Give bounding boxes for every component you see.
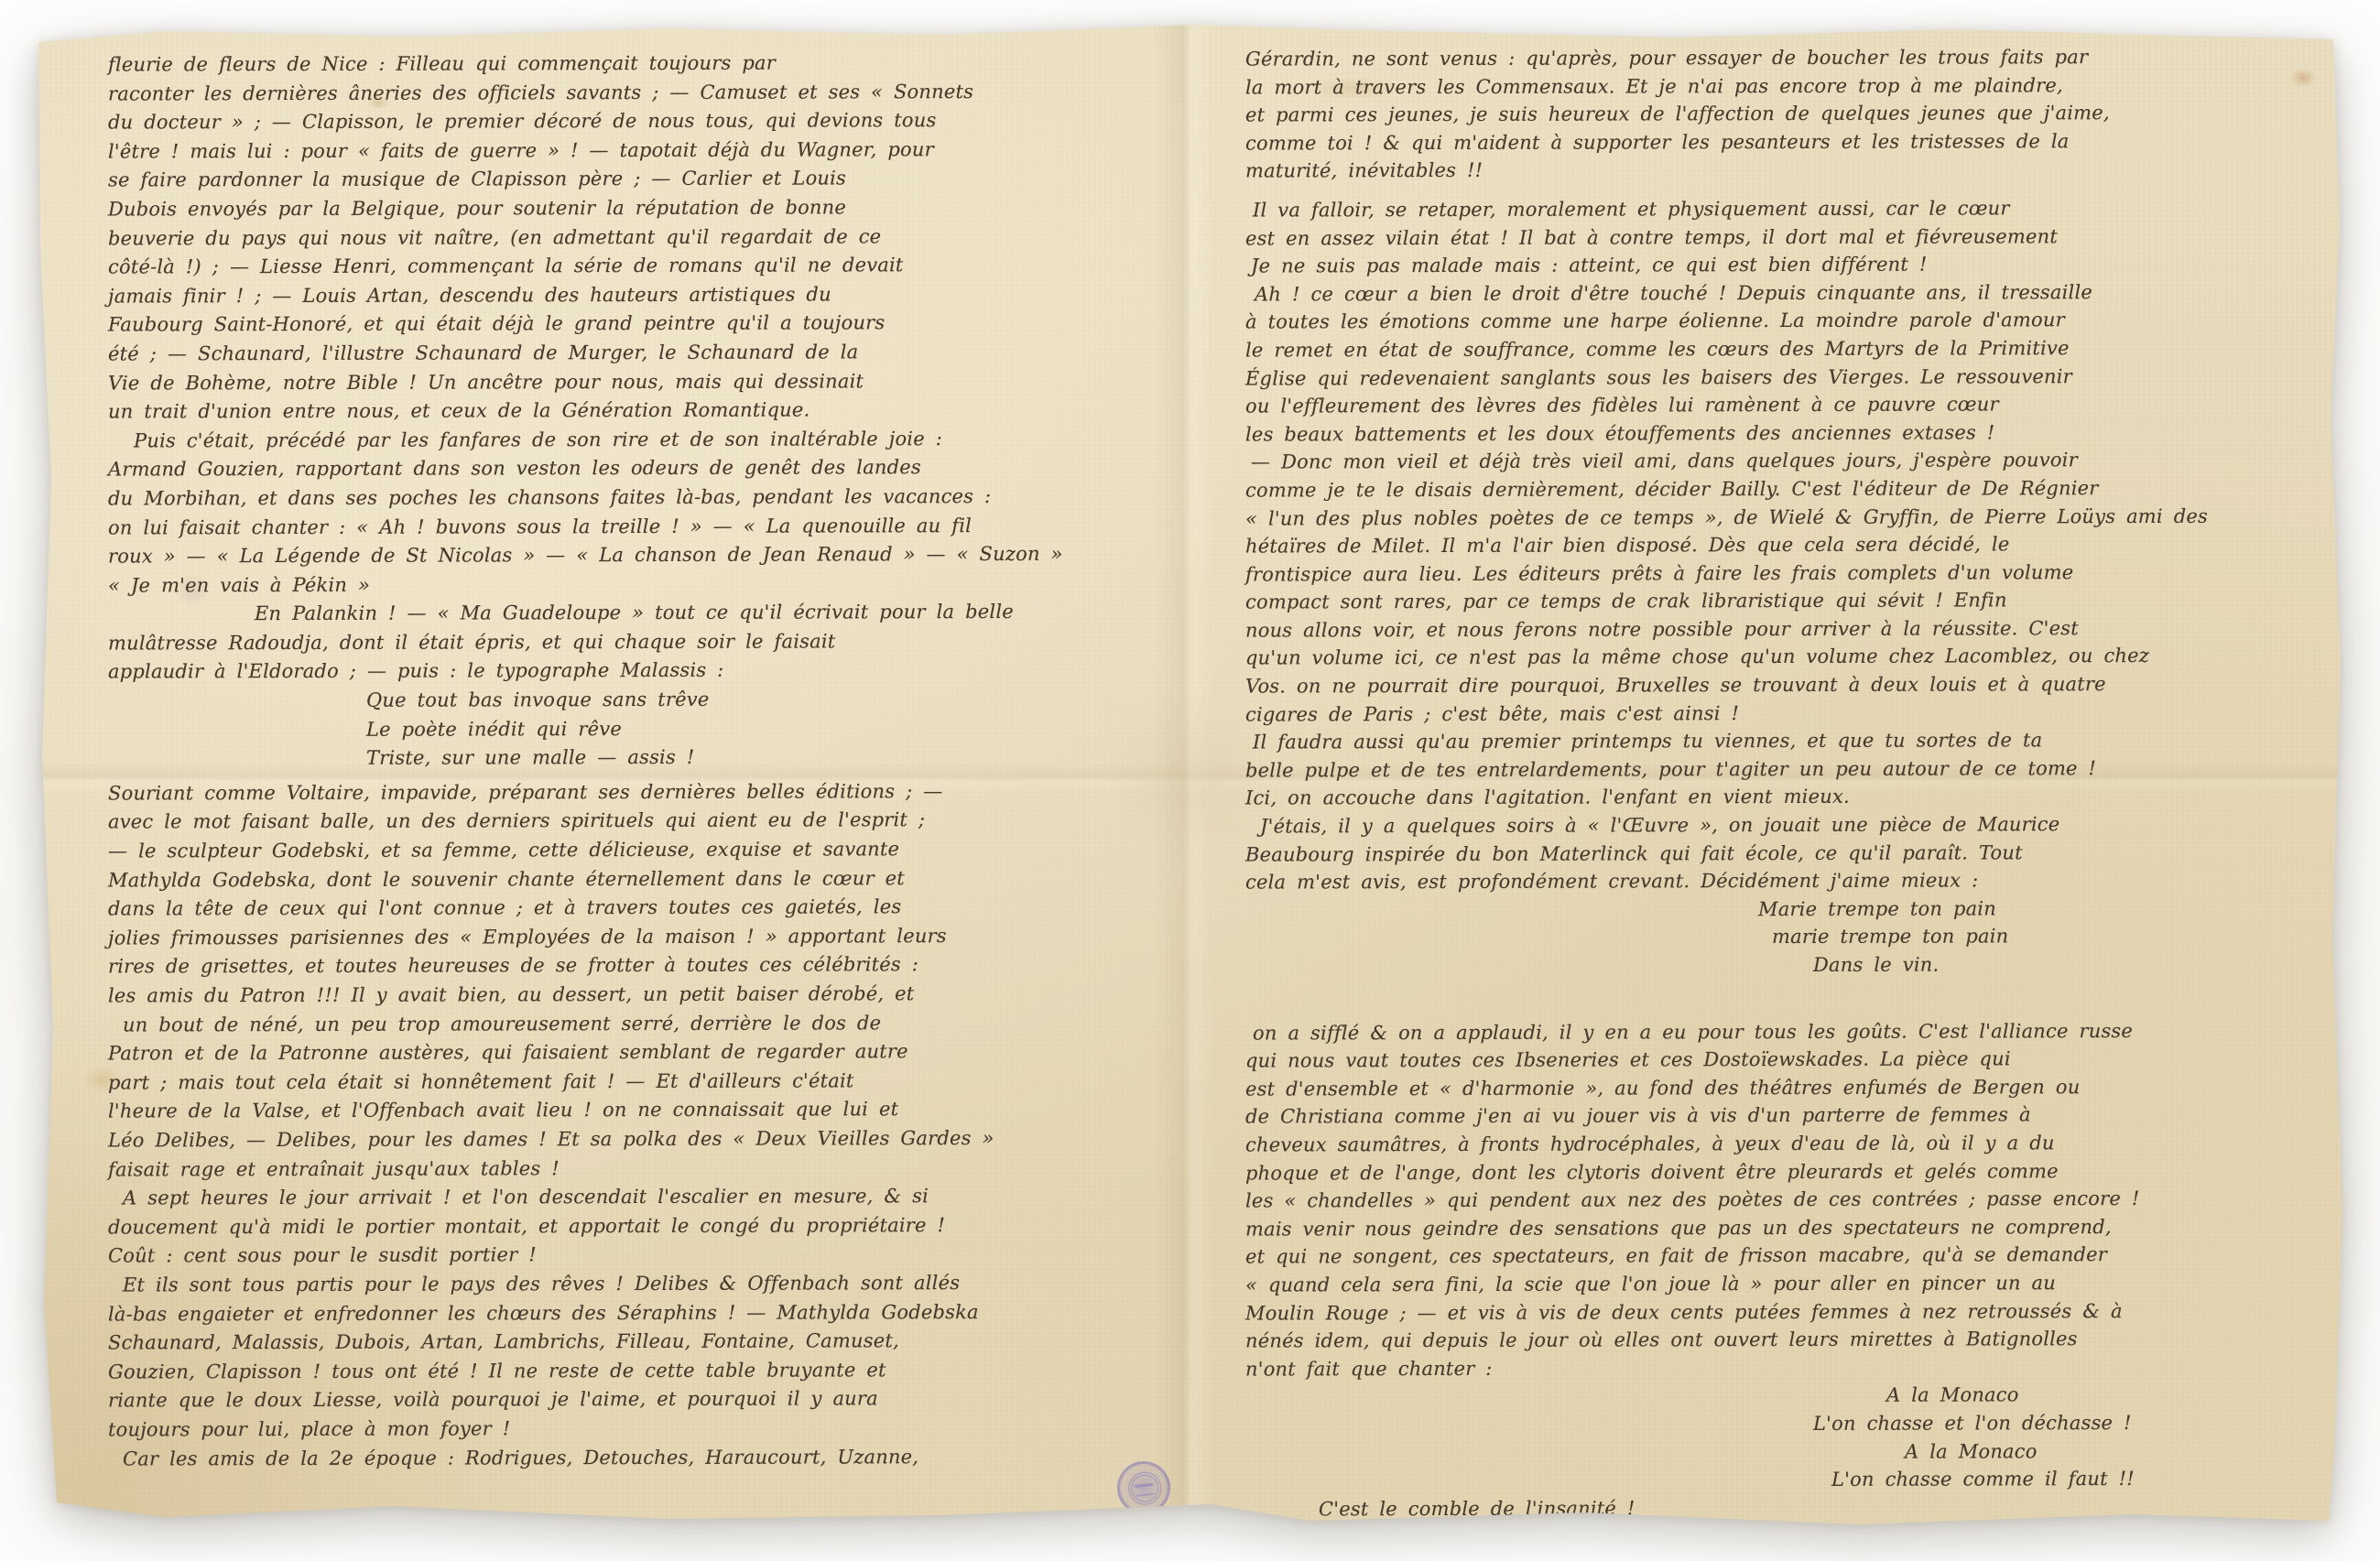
manuscript-line: Moulin Rouge ; — et vis à vis de deux ce…	[1245, 1296, 2335, 1328]
manuscript-line: Le poète inédit qui rêve	[108, 713, 1184, 745]
manuscript-line: fleurie de fleurs de Nice : Filleau qui …	[108, 48, 1184, 80]
manuscript-line: les « chandelles » qui pendent aux nez d…	[1245, 1185, 2335, 1216]
manuscript-line: Léo Delibes, — Delibes, pour les dames !…	[108, 1123, 1184, 1155]
manuscript-line: cheveux saumâtres, à fronts hydrocéphale…	[1245, 1128, 2335, 1159]
manuscript-line: mais venir nous geindre des sensations q…	[1245, 1212, 2335, 1243]
manuscript-line: doucement qu'à midi le portier montait, …	[108, 1210, 1184, 1242]
manuscript-line: Église qui redevenaient sanglants sous l…	[1245, 362, 2335, 393]
manuscript-line: à toutes les émotions comme une harpe éo…	[1245, 306, 2335, 337]
manuscript-line: les beaux battements et les doux étouffe…	[1245, 417, 2335, 449]
manuscript-line: nénés idem, qui depuis le jour où elles …	[1245, 1325, 2335, 1356]
manuscript-line: dans la tête de ceux qui l'ont connue ; …	[108, 893, 1184, 925]
manuscript-line: Patron et de la Patronne austères, qui f…	[108, 1037, 1184, 1069]
manuscript-line: cigares de Paris ; c'est bête, mais c'es…	[1245, 698, 2335, 729]
manuscript-line: « l'un des plus nobles poètes de ce temp…	[1245, 502, 2335, 533]
manuscript-line: se faire pardonner la musique de Clapiss…	[108, 164, 1184, 196]
manuscript-line: comme je te le disais dernièrement, déci…	[1245, 473, 2335, 504]
manuscript-line: Il faudra aussi qu'au premier printemps …	[1245, 726, 2335, 757]
manuscript-line: Gérardin, ne sont venus : qu'après, pour…	[1245, 42, 2335, 73]
manuscript-line: Ici, on accouche dans l'agitation. l'enf…	[1245, 782, 2335, 813]
manuscript-line: l'heure de la Valse, et l'Offenbach avai…	[108, 1095, 1184, 1127]
manuscript-line: été ; — Schaunard, l'illustre Schaunard …	[108, 337, 1184, 369]
manuscript-line: Faubourg Saint-Honoré, et qui était déjà…	[108, 309, 1184, 341]
manuscript-line: on a sifflé & on a applaudi, il y en a e…	[1245, 1016, 2335, 1047]
manuscript-line: faisait rage et entraînait jusqu'aux tab…	[108, 1153, 1184, 1185]
manuscript-line: J'étais, il y a quelques soirs à « l'Œuv…	[1245, 809, 2335, 840]
manuscript-line: Que tout bas invoque sans trêve	[108, 685, 1184, 717]
manuscript-line: est en assez vilain état ! Il bat à cont…	[1245, 222, 2335, 253]
manuscript-line: Mathylda Godebska, dont le souvenir chan…	[108, 863, 1184, 895]
manuscript-line: ou l'effleurement des lèvres des fidèles…	[1245, 390, 2335, 421]
manuscript-line: est d'ensemble et « d'harmonie », au fon…	[1245, 1072, 2335, 1103]
manuscript-line: la mort à travers les Commensaux. Et je …	[1245, 70, 2335, 102]
manuscript-line: côté-là !) ; — Liesse Henri, commençant …	[108, 251, 1184, 283]
manuscript-line: les amis du Patron !!! Il y avait bien, …	[108, 979, 1184, 1011]
manuscript-line: qui nous vaut toutes ces Ibseneries et c…	[1245, 1045, 2335, 1076]
manuscript-line: maturité, inévitables !!	[1245, 155, 2335, 186]
manuscript-line: marie trempe ton pain	[1245, 922, 2335, 953]
manuscript-line: de Christiana comme j'en ai vu jouer vis…	[1245, 1100, 2335, 1132]
manuscript-line: phoque et de l'ange, dont les clytoris d…	[1245, 1156, 2335, 1187]
manuscript-line: Triste, sur une malle — assis !	[108, 743, 1184, 775]
manuscript-line: on lui faisait chanter : « Ah ! buvons s…	[108, 511, 1184, 543]
manuscript-line: comme toi ! & qui m'aident à supporter l…	[1245, 126, 2335, 157]
manuscript-line: Puis c'était, précédé par les fanfares d…	[108, 424, 1184, 456]
manuscript-line: hétaïres de Milet. Il m'a l'air bien dis…	[1245, 530, 2335, 561]
manuscript-line: Coût : cent sous pour le susdit portier …	[108, 1240, 1184, 1272]
manuscript-line: belle pulpe et de tes entrelardements, p…	[1245, 753, 2335, 785]
manuscript-line: un trait d'union entre nous, et ceux de …	[108, 396, 1184, 428]
manuscript-line: roux » — « La Légende de St Nicolas » — …	[108, 540, 1184, 572]
photo-background: fleurie de fleurs de Nice : Filleau qui …	[0, 0, 2380, 1561]
manuscript-line: Il va falloir, se retaper, moralement et…	[1245, 193, 2335, 224]
manuscript-line: toujours pour lui, place à mon foyer !	[108, 1413, 1184, 1445]
manuscript-line: L'on chasse comme il faut !!	[1245, 1465, 2335, 1496]
manuscript-line: Schaunard, Malassis, Dubois, Artan, Lamb…	[108, 1327, 1184, 1359]
manuscript-line: nous allons voir, et nous ferons notre p…	[1245, 613, 2335, 645]
manuscript-line: jolies frimousses parisiennes des « Empl…	[108, 921, 1184, 953]
manuscript-line: Beaubourg inspirée du bon Materlinck qui…	[1245, 838, 2335, 869]
manuscript-line: — Donc mon vieil et déjà très vieil ami,…	[1245, 446, 2335, 477]
manuscript-line: Vie de Bohème, notre Bible ! Un ancêtre …	[108, 366, 1184, 398]
manuscript-line: « quand cela sera fini, la scie que l'on…	[1245, 1268, 2335, 1299]
manuscript-line: Ah ! ce cœur a bien le droit d'être touc…	[1245, 277, 2335, 309]
manuscript-line: Car les amis de la 2e époque : Rodrigues…	[108, 1442, 1184, 1474]
manuscript-line: et qui ne songent, ces spectateurs, en f…	[1245, 1241, 2335, 1272]
manuscript-page-left: fleurie de fleurs de Nice : Filleau qui …	[108, 49, 1184, 1472]
manuscript-line: Souriant comme Voltaire, impavide, prépa…	[108, 776, 1184, 808]
manuscript-line: frontispice aura lieu. Les éditeurs prêt…	[1245, 558, 2335, 589]
manuscript-line: Marie trempe ton pain	[1245, 894, 2335, 925]
manuscript-line: jamais finir ! ; — Louis Artan, descendu…	[108, 279, 1184, 311]
manuscript-line: — le sculpteur Godebski, et sa femme, ce…	[108, 834, 1184, 866]
manuscript-line: le remet en état de souffrance, comme le…	[1245, 333, 2335, 364]
letter-sheet-shadow: fleurie de fleurs de Nice : Filleau qui …	[0, 0, 2380, 1561]
manuscript-line: A la Monaco	[1245, 1436, 2335, 1468]
manuscript-page-right: Gérardin, ne sont venus : qu'après, pour…	[1245, 44, 2335, 1522]
manuscript-line: Dubois envoyés par la Belgique, pour sou…	[108, 192, 1184, 224]
manuscript-line: Je ne suis pas malade mais : atteint, ce…	[1245, 250, 2335, 281]
manuscript-line: En Palankin ! — « Ma Guadeloupe » tout c…	[108, 598, 1184, 630]
manuscript-line: mulâtresse Radoudja, dont il était épris…	[108, 626, 1184, 658]
manuscript-line: du Morbihan, et dans ses poches les chan…	[108, 482, 1184, 514]
manuscript-line: L'on chasse et l'on déchasse !	[1245, 1408, 2335, 1439]
manuscript-line: Et ils sont tous partis pour le pays des…	[108, 1268, 1184, 1300]
manuscript-line: A sept heures le jour arrivait ! et l'on…	[108, 1182, 1184, 1214]
manuscript-line: qu'un volume ici, ce n'est pas la même c…	[1245, 642, 2335, 673]
manuscript-line: là-bas engaieter et enfredonner les chœu…	[108, 1297, 1184, 1329]
manuscript-line: avec le mot faisant balle, un des dernie…	[108, 806, 1184, 838]
manuscript-line: un bout de néné, un peu trop amoureuseme…	[108, 1008, 1184, 1040]
manuscript-line: Armand Gouzien, rapportant dans son vest…	[108, 453, 1184, 485]
manuscript-line: applaudir à l'Eldorado ; — puis : le typ…	[108, 656, 1184, 688]
manuscript-line: Dans le vin.	[1245, 949, 2335, 981]
manuscript-line: Vos. on ne pourrait dire pourquoi, Bruxe…	[1245, 670, 2335, 701]
manuscript-line: A la Monaco	[1245, 1381, 2335, 1412]
letter-sheet: fleurie de fleurs de Nice : Filleau qui …	[27, 22, 2344, 1531]
manuscript-line: part ; mais tout cela était si honnêteme…	[108, 1066, 1184, 1098]
manuscript-line: beuverie du pays qui nous vit naître, (e…	[108, 222, 1184, 254]
manuscript-line: « Je m'en vais à Pékin »	[108, 569, 1184, 601]
manuscript-line: du docteur » ; — Clapisson, le premier d…	[108, 106, 1184, 138]
manuscript-line: l'être ! mais lui : pour « faits de guer…	[108, 135, 1184, 167]
manuscript-line: cela m'est avis, est profondément crevan…	[1245, 866, 2335, 897]
manuscript-line: raconter les dernières âneries des offic…	[108, 77, 1184, 109]
manuscript-line: riante que le doux Liesse, voilà pourquo…	[108, 1384, 1184, 1416]
manuscript-line: n'ont fait que chanter :	[1245, 1352, 2335, 1383]
manuscript-line: rires de grisettes, et toutes heureuses …	[108, 950, 1184, 982]
manuscript-line: Gouzien, Clapisson ! tous ont été ! Il n…	[108, 1355, 1184, 1387]
manuscript-line: C'est le comble de l'insanité !	[1245, 1492, 2335, 1523]
manuscript-line: compact sont rares, par ce temps de crak…	[1245, 586, 2335, 617]
manuscript-line: et parmi ces jeunes, je suis heureux de …	[1245, 99, 2335, 130]
